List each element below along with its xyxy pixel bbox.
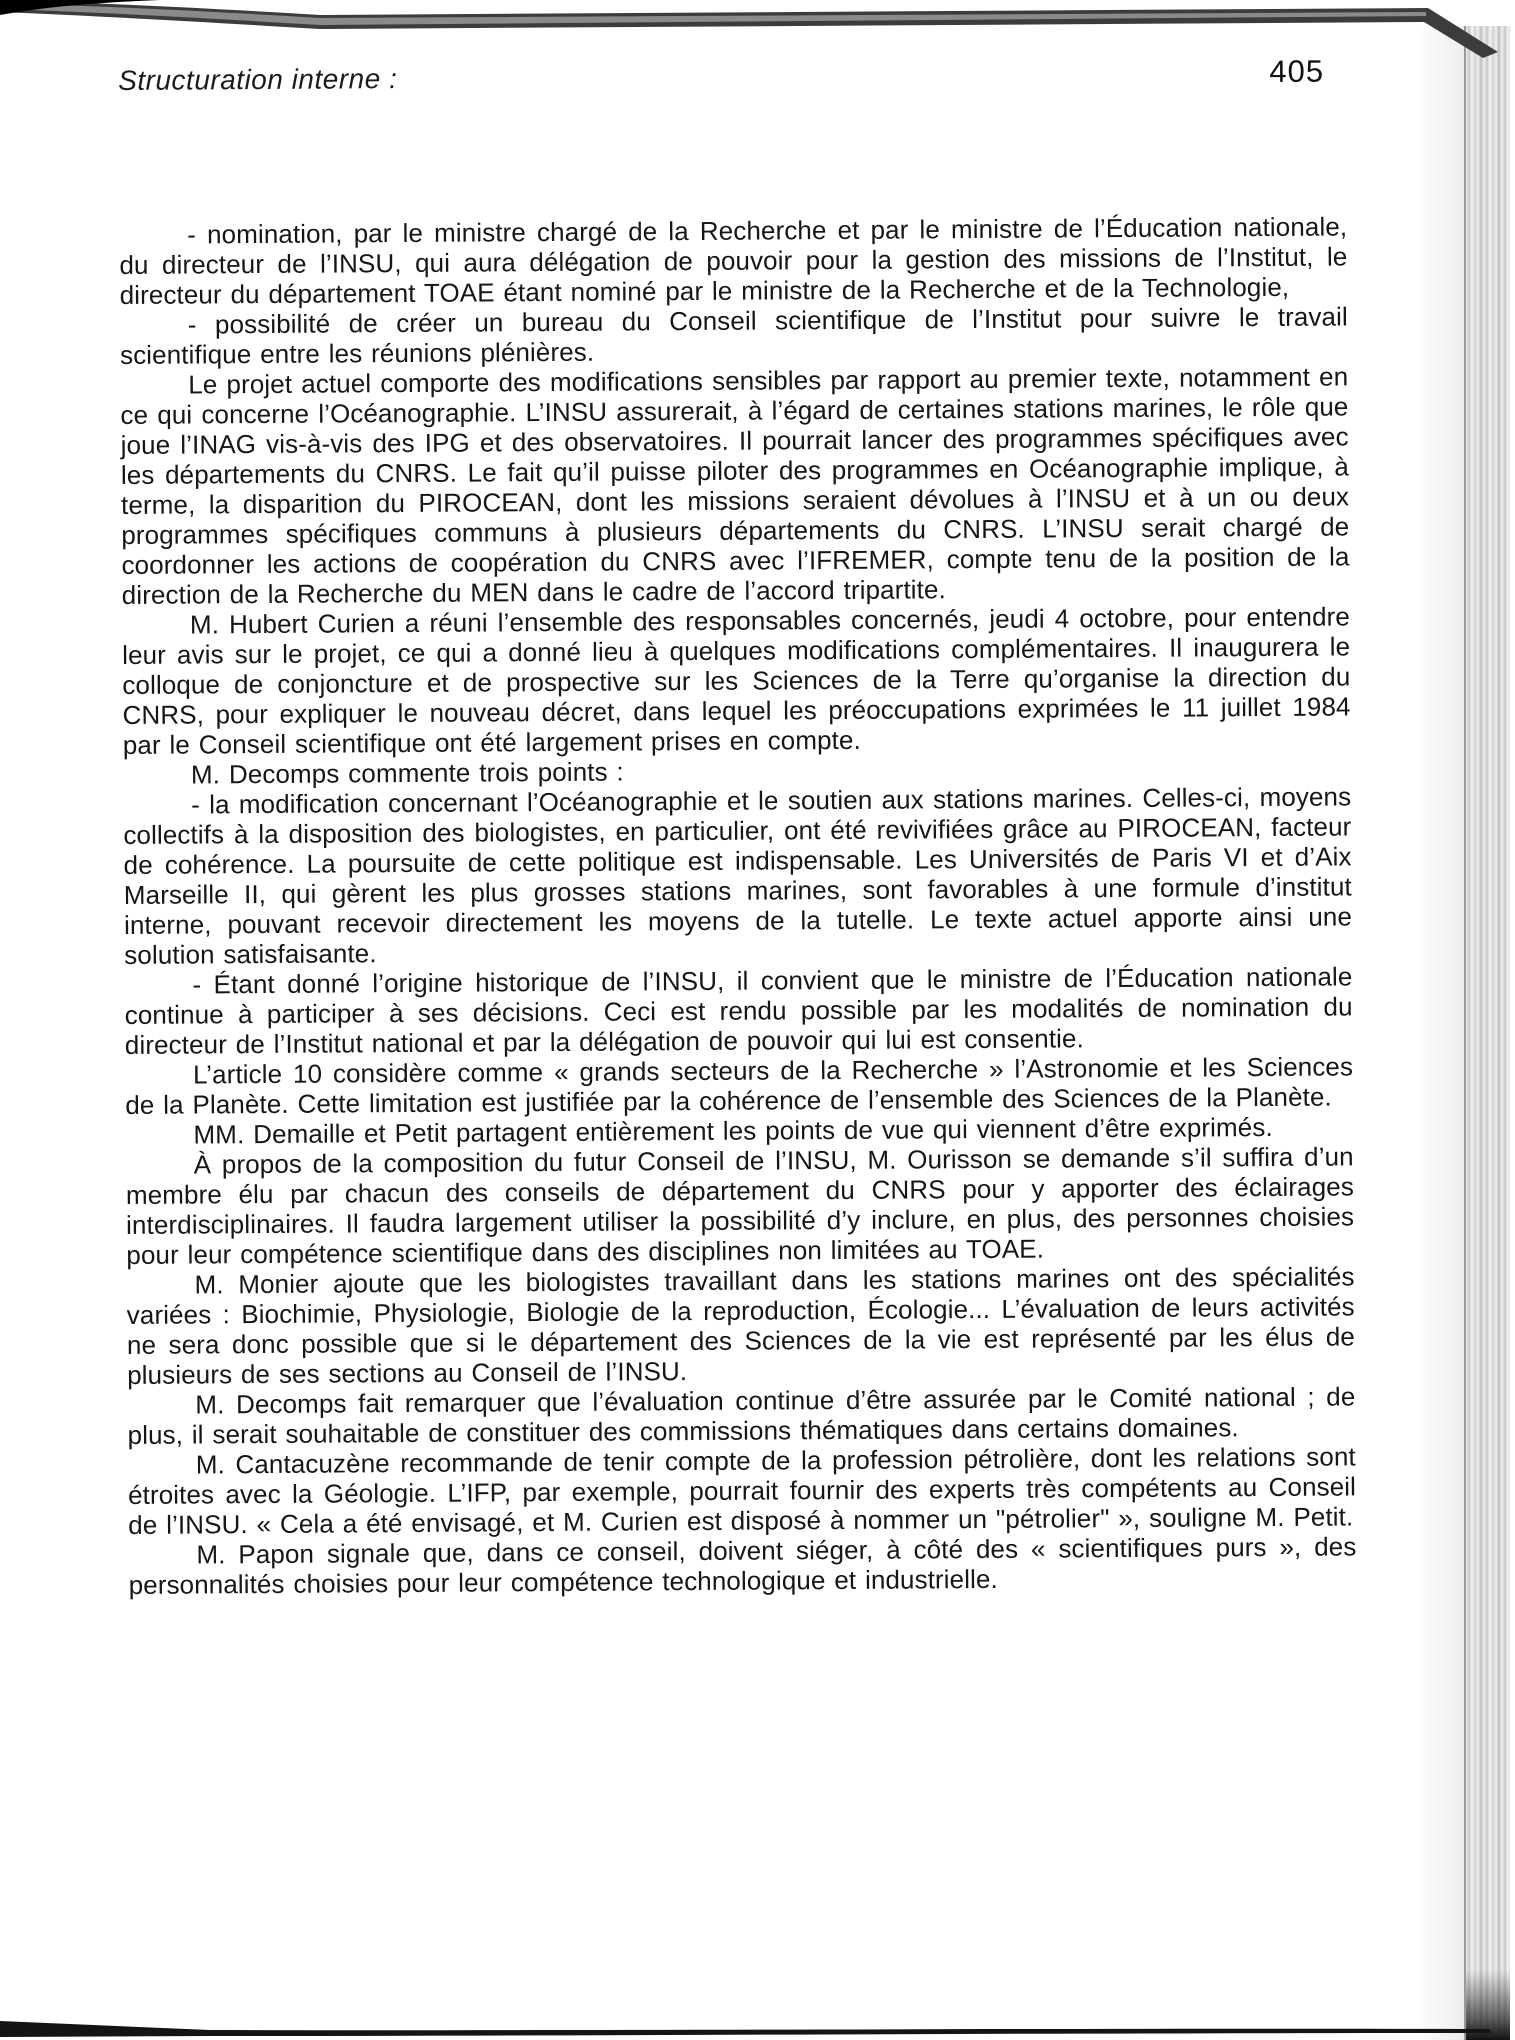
- paragraph: - nomination, par le ministre chargé de …: [119, 211, 1348, 310]
- paragraph: M. Hubert Curien a réuni l’ensemble des …: [122, 601, 1351, 760]
- paragraph: M. Decomps fait remarquer que l’évaluati…: [127, 1381, 1355, 1450]
- running-header-title: Structuration interne :: [118, 63, 397, 97]
- page-header: Structuration interne : 405: [118, 53, 1346, 98]
- page-content: Structuration interne : 405 - nomination…: [118, 53, 1357, 1600]
- scan-bottom-line: [0, 2021, 1490, 2037]
- scan-top-left-corner: [0, 0, 160, 15]
- paragraph: M. Papon signale que, dans ce conseil, d…: [128, 1531, 1356, 1600]
- scanned-book-page: Structuration interne : 405 - nomination…: [0, 0, 1515, 2040]
- page-curvature-shadow: [1414, 26, 1464, 2040]
- paragraph: - possibilité de créer un bureau du Cons…: [120, 301, 1348, 370]
- paragraph: - la modification concernant l’Océanogra…: [123, 781, 1352, 970]
- paragraph: Le projet actuel comporte des modificati…: [120, 361, 1350, 610]
- paragraph: M. Cantacuzène recommande de tenir compt…: [128, 1441, 1357, 1540]
- scan-top-band: [0, 1, 1498, 58]
- paragraph: À propos de la composition du futur Cons…: [126, 1141, 1355, 1270]
- book-page-edges: [1464, 26, 1510, 2040]
- scan-top-band-highlight: [0, 4, 1426, 25]
- paragraph: L’article 10 considère comme « grands se…: [125, 1051, 1353, 1120]
- paragraph: - Étant donné l’origine historique de l’…: [124, 961, 1353, 1060]
- paragraph: M. Monier ajoute que les biologistes tra…: [126, 1261, 1355, 1390]
- paragraphs: - nomination, par le ministre chargé de …: [119, 211, 1357, 1600]
- page-number: 405: [1269, 53, 1346, 90]
